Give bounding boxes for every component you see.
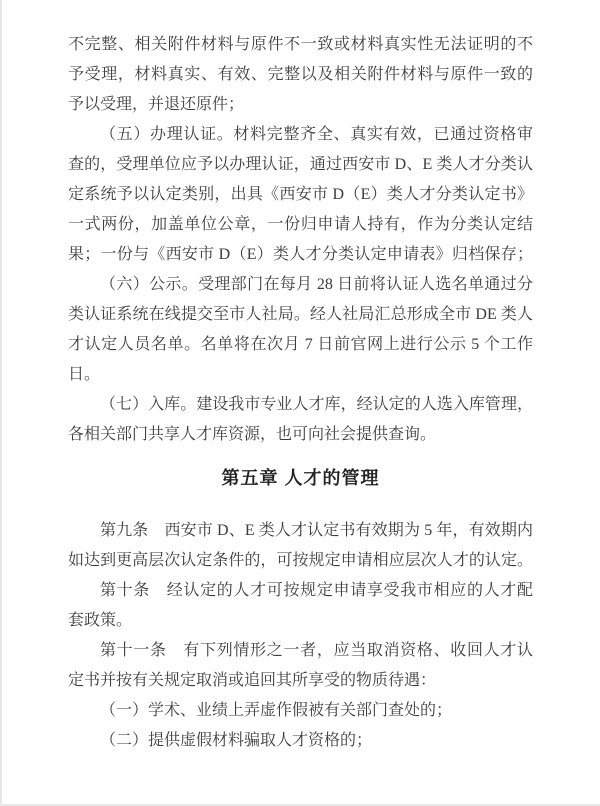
document-line: 第十条 经认定的人才可按规定申请享受我市相应的人才配 <box>68 576 533 606</box>
document-line: 套政策。 <box>68 606 533 636</box>
document-line: （六）公示。受理部门在每月 28 日前将认证人选名单通过分 <box>68 270 533 300</box>
document-line: （一）学术、业绩上弄虚作假被有关部门查处的； <box>68 696 533 726</box>
document-line: 予受理，材料真实、有效、完整以及相关附件材料与原件一致的 <box>68 60 533 90</box>
document-line: 定书并按有关规定取消或追回其所享受的物质待遇： <box>68 666 533 696</box>
document-line: 不完整、相关附件材料与原件不一致或材料真实性无法证明的不 <box>68 30 533 60</box>
document-line: （五）办理认证。材料完整齐全、真实有效，已通过资格审 <box>68 120 533 150</box>
scan-edge-left <box>0 0 2 806</box>
document-line: 果；一份与《西安市 D（E）类人才分类认定申请表》归档保存； <box>68 240 533 270</box>
chapter-heading: 第五章 人才的管理 <box>68 463 533 493</box>
document-line: 类认证系统在线提交至市人社局。经人社局汇总形成全市 DE 类人 <box>68 300 533 330</box>
document-line: 一式两份，加盖单位公章，一份归申请人持有，作为分类认定结 <box>68 210 533 240</box>
document-line: 定系统予以认定类别，出具《西安市 D（E）类人才分类认定书》 <box>68 180 533 210</box>
document-line: 查的，受理单位应予以办理认证，通过西安市 D、E 类人才分类认 <box>68 150 533 180</box>
document-line: 日。 <box>68 360 533 390</box>
document-line: 第十一条 有下列情形之一者，应当取消资格、收回人才认 <box>68 636 533 666</box>
document-line: （二）提供虚假材料骗取人才资格的； <box>68 726 533 756</box>
document-line: 第九条 西安市 D、E 类人才认定书有效期为 5 年，有效期内 <box>68 516 533 546</box>
document-line: 各相关部门共享人才库资源，也可向社会提供查询。 <box>68 420 533 450</box>
document-line: 才认定人员名单。名单将在次月 7 日前官网上进行公示 5 个工作 <box>68 330 533 360</box>
document-line: 予以受理，并退还原件； <box>68 90 533 120</box>
document-line: 如达到更高层次认定条件的，可按规定申请相应层次人才的认定。 <box>68 546 533 576</box>
document-text-block: 不完整、相关附件材料与原件不一致或材料真实性无法证明的不 予受理，材料真实、有效… <box>68 30 533 756</box>
document-line: （七）入库。建设我市专业人才库，经认定的人选入库管理， <box>68 390 533 420</box>
document-page: 不完整、相关附件材料与原件不一致或材料真实性无法证明的不 予受理，材料真实、有效… <box>0 0 600 806</box>
